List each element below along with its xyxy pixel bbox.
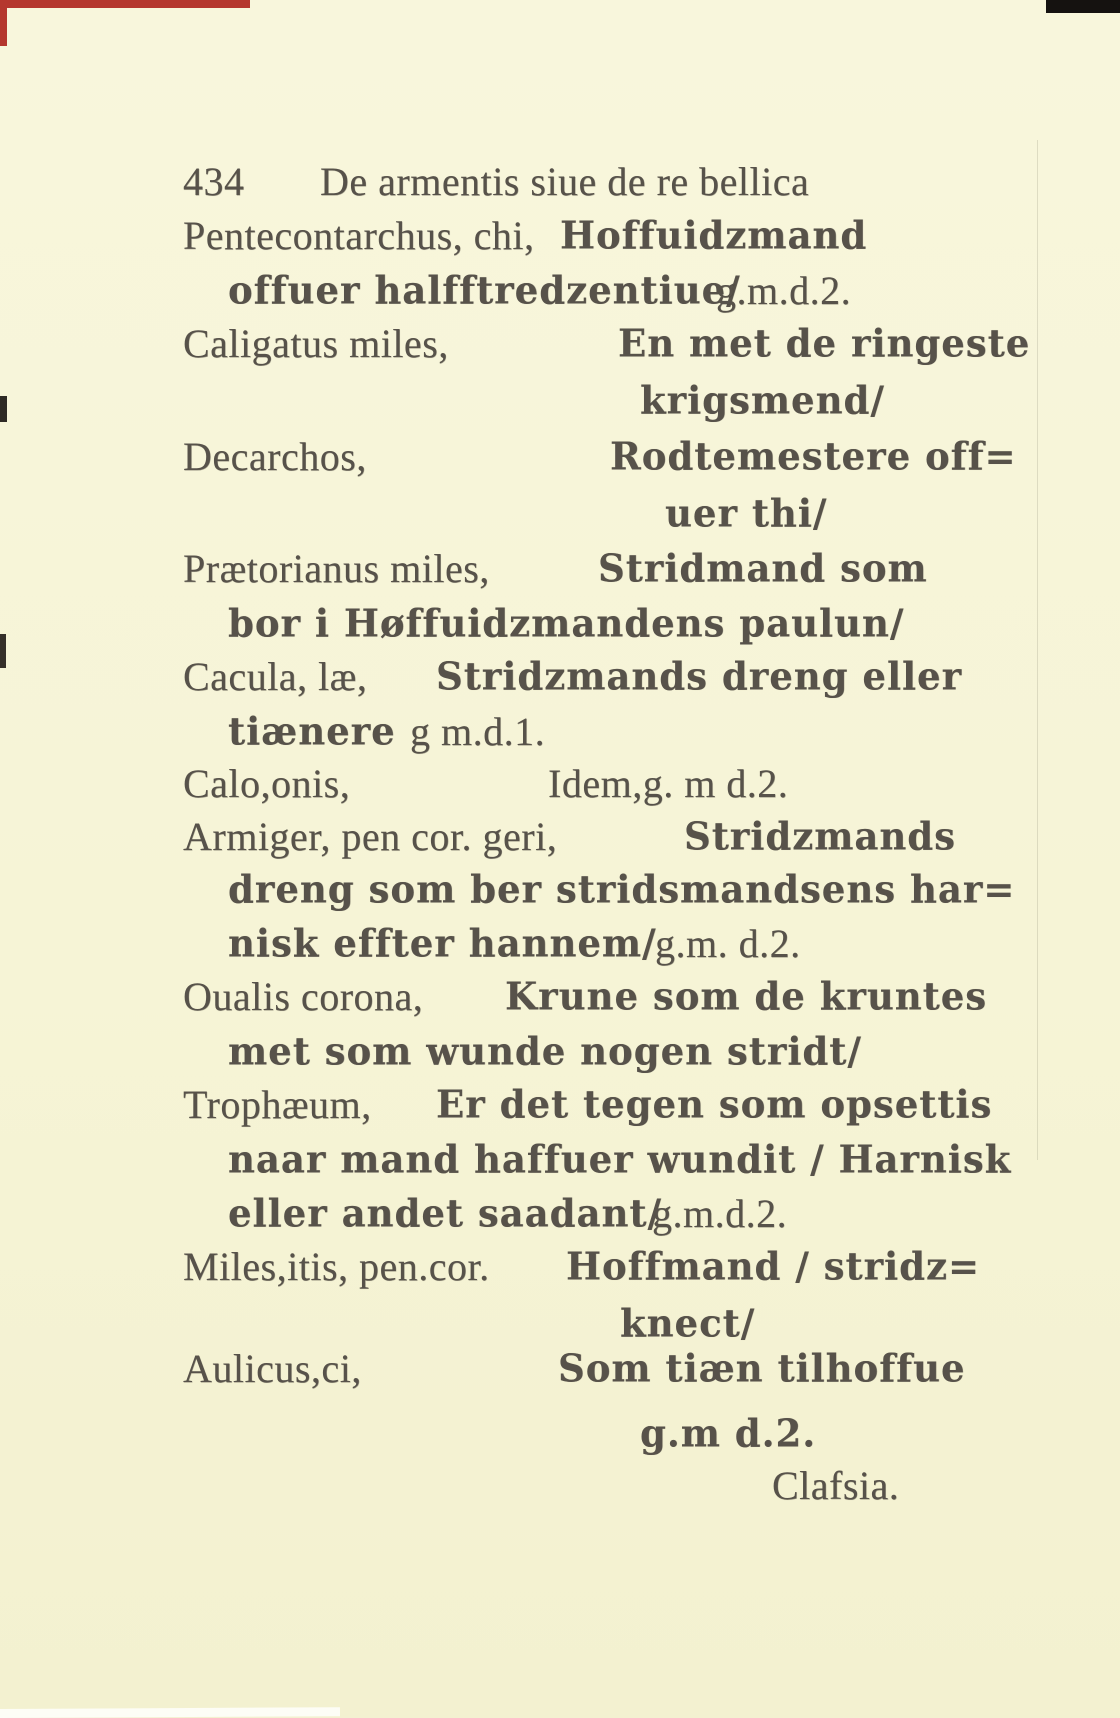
text-line: Aulicus,ci,Som tiæn tilhoffue xyxy=(0,1345,1120,1399)
text-line: naar mand haffuer wundit / Harnisk xyxy=(0,1136,1120,1190)
blackletter-text-segment: Hoffmand / stridz= xyxy=(566,1243,980,1289)
text-line: Trophæum,Er det tegen som opsettis xyxy=(0,1081,1120,1135)
roman-text-segment: g m.d.1. xyxy=(410,708,545,755)
text-line: met som wunde nogen stridt/ xyxy=(0,1028,1120,1082)
text-line: Armiger, pen cor. geri,Stridzmands xyxy=(0,813,1120,867)
roman-text-segment: g.m.d.2. xyxy=(716,267,851,314)
text-line: tiænereg m.d.1. xyxy=(0,708,1120,762)
blackletter-text-segment: Rodtemestere off= xyxy=(610,433,1017,479)
roman-text-segment: Cacula, læ, xyxy=(183,653,367,700)
text-line: Pentecontarchus, chi,Hoffuidzmand xyxy=(0,212,1120,266)
roman-text-segment: Trophæum, xyxy=(183,1081,372,1128)
red-binding-edge-top xyxy=(0,0,250,8)
blackletter-text-segment: Er det tegen som opsettis xyxy=(436,1081,992,1127)
text-line: Cacula, læ,Stridzmands dreng eller xyxy=(0,653,1120,707)
roman-text-segment: g.m.d.2. xyxy=(652,1190,787,1237)
roman-text-segment: Aulicus,ci, xyxy=(183,1345,362,1392)
blackletter-text-segment: Stridzmands dreng eller xyxy=(436,653,962,699)
text-line: bor i Høffuidzmandens paulun/ xyxy=(0,600,1120,654)
text-line: Caligatus miles,En met de ringeste xyxy=(0,320,1120,374)
black-corner-mark xyxy=(1046,0,1120,13)
roman-text-segment: Caligatus miles, xyxy=(183,320,449,367)
text-line: Prætorianus miles,Stridmand som xyxy=(0,545,1120,599)
roman-text-segment: g.m. d.2. xyxy=(655,920,801,967)
blackletter-text-segment: dreng som ber stridsmandsens har= xyxy=(228,866,1015,912)
blackletter-text-segment: bor i Høffuidzmandens paulun/ xyxy=(228,600,904,646)
blackletter-text-segment: offuer halfftredzentiue/ xyxy=(228,267,741,313)
roman-text-segment: Calo,onis, xyxy=(183,760,350,807)
bottom-scan-edge xyxy=(0,1707,340,1718)
roman-text-segment: Armiger, pen cor. geri, xyxy=(183,813,557,860)
text-line: nisk effter hannem/g.m. d.2. xyxy=(0,920,1120,974)
text-line: krigsmend/ xyxy=(0,377,1120,431)
roman-text-segment: 434 xyxy=(183,158,245,205)
blackletter-text-segment: krigsmend/ xyxy=(640,377,885,423)
book-page-scan: 434De armentis siue de re bellicaPenteco… xyxy=(0,0,1120,1718)
blackletter-text-segment: naar mand haffuer wundit / Harnisk xyxy=(228,1136,1011,1182)
blackletter-text-segment: Stridmand som xyxy=(598,545,928,591)
text-line: dreng som ber stridsmandsens har= xyxy=(0,866,1120,920)
roman-text-segment: Oualis corona, xyxy=(183,973,423,1020)
running-header-line: 434De armentis siue de re bellica xyxy=(0,158,1120,212)
roman-text-segment: Idem,g. m d.2. xyxy=(548,760,788,807)
text-line: Calo,onis,Idem,g. m d.2. xyxy=(0,760,1120,814)
text-line: eller andet saadant/g.m.d.2. xyxy=(0,1190,1120,1244)
text-line: Oualis corona,Krune som de kruntes xyxy=(0,973,1120,1027)
roman-text-segment: Prætorianus miles, xyxy=(183,545,490,592)
text-line: Decarchos,Rodtemestere off= xyxy=(0,433,1120,487)
blackletter-text-segment: Krune som de kruntes xyxy=(505,973,987,1019)
roman-text-segment: Clafsia. xyxy=(772,1462,899,1509)
blackletter-text-segment: tiænere xyxy=(228,708,396,754)
roman-text-segment: De armentis siue de re bellica xyxy=(320,158,809,205)
text-line: Miles,itis, pen.cor.Hoffmand / stridz= xyxy=(0,1243,1120,1297)
roman-text-segment: Miles,itis, pen.cor. xyxy=(183,1243,490,1290)
text-line: uer thi/ xyxy=(0,490,1120,544)
blackletter-text-segment: uer thi/ xyxy=(665,490,827,536)
text-line: g.m d.2. xyxy=(0,1410,1120,1464)
blackletter-text-segment: g.m d.2. xyxy=(640,1410,816,1456)
roman-text-segment: Pentecontarchus, chi, xyxy=(183,212,535,259)
roman-text-segment: Decarchos, xyxy=(183,433,367,480)
blackletter-text-segment: Stridzmands xyxy=(684,813,956,859)
blackletter-text-segment: Som tiæn tilhoffue xyxy=(558,1345,966,1391)
blackletter-text-segment: knect/ xyxy=(620,1300,755,1346)
text-line: offuer halfftredzentiue/g.m.d.2. xyxy=(0,267,1120,321)
blackletter-text-segment: nisk effter hannem/ xyxy=(228,920,657,966)
blackletter-text-segment: En met de ringeste xyxy=(618,320,1030,366)
blackletter-text-segment: met som wunde nogen stridt/ xyxy=(228,1028,862,1074)
blackletter-text-segment: eller andet saadant/ xyxy=(228,1190,662,1236)
catchword-line: Clafsia. xyxy=(0,1462,1120,1516)
blackletter-text-segment: Hoffuidzmand xyxy=(560,212,867,258)
red-binding-edge-left xyxy=(0,0,7,46)
